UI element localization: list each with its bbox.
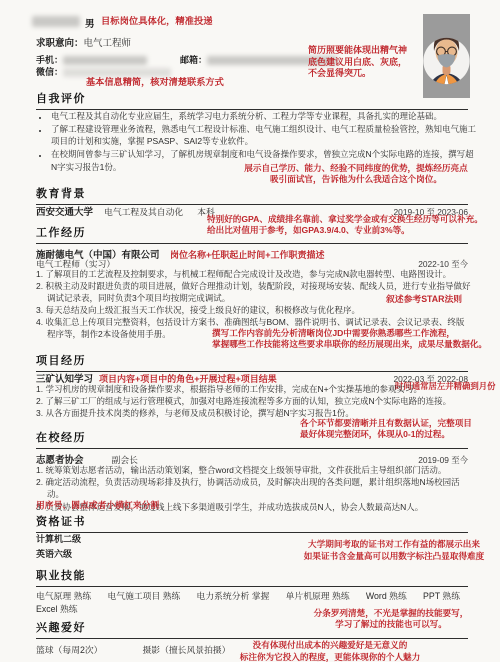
wechat-value-blur [63, 68, 171, 77]
annotation-star-method: 叙述参考STAR法则 [386, 294, 462, 305]
certificate-item: 英语六级 [36, 547, 72, 560]
annotation-hobbies-line1: 没有体现付出成本的兴趣爱好是无意义的 [214, 640, 446, 652]
annotation-certificates-line2: 如果证书含金量高可以用数字标注凸显取得难度 [298, 551, 490, 563]
annotation-photo-line1: 简历照要能体现出精气神 [308, 45, 424, 57]
hobby-item: 篮球（每周2次） [36, 643, 102, 656]
job-intent-row: 求职意向：电气工程师 [36, 35, 131, 49]
wechat-label: 微信： [36, 67, 63, 77]
annotation-self-evaluation-line2: 吸引面试官，告诉他为什么我适合这个岗位。 [240, 174, 472, 185]
annotation-basic-info: 基本信息精简，核对清楚联系方式 [86, 77, 224, 88]
gender-label: 男 [85, 16, 95, 30]
hobbies-row: 篮球（每周2次） 摄影（擅长风景拍摄） [36, 643, 230, 656]
annotation-hobbies: 没有体现付出成本的兴趣爱好是无意义的 标注你为它投入的程度，更能体现你的个人魅力 [214, 640, 446, 662]
self-evaluation-bullet: 了解工程建设管理业务流程，熟悉电气工程设计标准、电气施工组织设计、电气工程质量检… [49, 123, 479, 148]
work-item: 1. 了解项目的工艺流程及控制要求，与机械工程师配合完成设计及改造，参与完成N款… [36, 268, 472, 280]
skills-row: 电气原理 熟练 电气施工项目 熟练 电力系统分析 掌握 单片机原理 熟练 Wor… [36, 589, 460, 602]
section-title-certificates: 资格证书 [36, 513, 468, 533]
education-major: 电气工程及其自动化 [104, 205, 183, 218]
annotation-hobbies-line2: 标注你为它投入的程度，更能体现你的个人魅力 [214, 652, 446, 662]
annotation-target-position: 目标岗位具体化，精准投递 [101, 16, 213, 27]
skill-item: Word 熟练 [366, 589, 407, 602]
annotation-self-evaluation: 展示自己学历、能力、经验不同纬度的优势，提炼经历亮点 吸引面试官，告诉他为什么我… [240, 163, 472, 185]
annotation-list-separator: 用序号、圆点或者小横杠来分割 [36, 500, 159, 511]
annotation-skills-line1: 分条罗列清楚，不光是掌握的技能要写， [312, 608, 470, 619]
section-title-education: 教育背景 [36, 185, 468, 205]
skill-item: 单片机原理 熟练 [286, 589, 350, 602]
avatar-photo [423, 14, 470, 98]
annotation-work-jd-line1: 撰写工作内容前先分析清晰岗位JD中需要你熟悉哪些工作流程， [212, 328, 487, 339]
job-intent-value: 电气工程师 [84, 38, 132, 49]
annotation-certificates: 大学期间考取的证书对工作有益的都展示出来 如果证书含金量高可以用数字标注凸显取得… [298, 539, 490, 562]
skill-item: 电气原理 熟练 [36, 589, 91, 602]
campus-item: 2. 确定活动流程，负责活动现场彩排及执行，协调活动成员，及时解决出现的各类问题… [36, 476, 472, 500]
resume-page: 男 目标岗位具体化，精准投递 求职意向：电气工程师 手机： 邮箱： 微信： 基本… [0, 0, 500, 662]
section-title-work: 工作经历 [36, 224, 468, 244]
section-title-campus: 在校经历 [36, 429, 468, 449]
annotation-work-jd: 撰写工作内容前先分析清晰岗位JD中需要你熟悉哪些工作流程， 掌握哪些工作技能将这… [212, 328, 487, 351]
annotation-work-jd-line2: 掌握哪些工作技能将这些要求串联你的经历展现出来，成果尽量数据化。 [212, 339, 487, 350]
annotation-project-closure-line1: 各个环节都要清晰并且有数据认证，完整项目 [300, 418, 472, 429]
campus-item: 1. 统筹策划志愿者活动，输出活动策划案，整合word文档提交上级领导审批，文件… [36, 464, 472, 476]
annotation-certificates-line1: 大学期间考取的证书对工作有益的都展示出来 [298, 539, 490, 551]
email-label: 邮箱： [180, 55, 207, 65]
section-title-skills: 职业技能 [36, 567, 468, 587]
annotation-photo-advice: 简历照要能体现出精气神 底色建议用白底、灰底， 不会显得突兀。 [308, 45, 424, 80]
name-redacted-blur [32, 16, 80, 27]
section-title-project: 项目经历 [36, 352, 468, 372]
skill-item: 电气施工项目 熟练 [107, 589, 180, 602]
annotation-photo-line2: 底色建议用白底、灰底， [308, 57, 424, 69]
project-item: 1. 学习机房的规章制度和设备操作要求，根据指导老师的工作安排，完成在N+个实操… [36, 383, 472, 395]
project-item: 2. 了解三矿工厂的组成与运行管理模式，加强对电路连接流程等多方面的认知，独立完… [36, 395, 472, 407]
job-intent-label: 求职意向： [36, 38, 84, 49]
annotation-photo-line3: 不会显得突兀。 [308, 68, 424, 80]
skill-item: PPT 熟练 [423, 589, 460, 602]
section-title-self-evaluation: 自我评价 [36, 90, 468, 110]
skill-item: Excel 熟练 [36, 602, 78, 615]
phone-value-blur [63, 56, 147, 65]
section-title-hobbies: 兴趣爱好 [36, 619, 468, 639]
annotation-self-evaluation-line1: 展示自己学历、能力、经验不同纬度的优势，提炼经历亮点 [240, 163, 472, 174]
skill-item: 电力系统分析 掌握 [197, 589, 270, 602]
self-evaluation-bullet: 电气工程及其自动化专业应届生，系统学习电力系统分析、工程力学等专业课程，具备扎实… [49, 110, 479, 123]
phone-label: 手机： [36, 55, 63, 65]
certificate-item: 计算机二级 [36, 532, 81, 545]
work-item: 3. 每天总结及向上级汇报当天工作状况，接受上级良好的建议，积极修改与优化程序。 [36, 304, 472, 316]
project-items: 1. 学习机房的规章制度和设备操作要求，根据指导老师的工作安排，完成在N+个实操… [36, 383, 472, 419]
education-school: 西安交通大学 [36, 204, 93, 218]
